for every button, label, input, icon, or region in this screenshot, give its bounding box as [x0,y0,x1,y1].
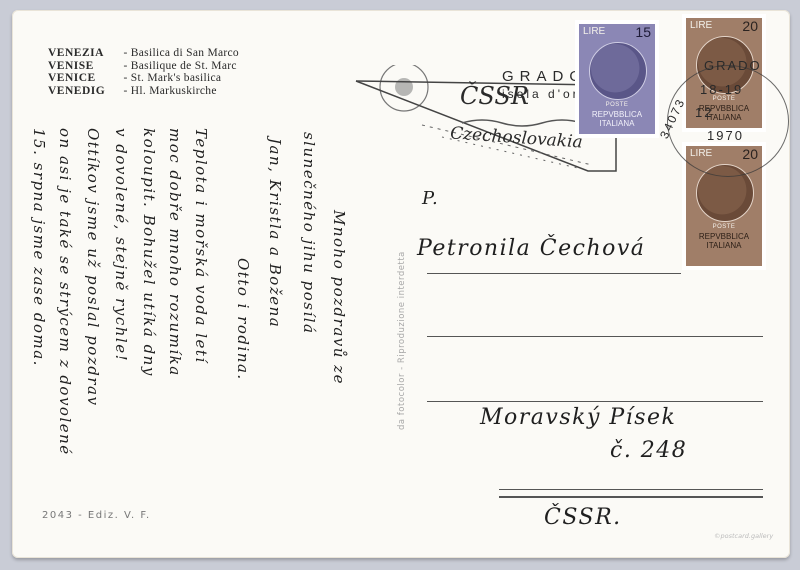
photo-credit: da fotocolor - Riproduzione interdetta [397,251,407,430]
stamp-country: REPVBBLICAITALIANA [579,110,655,128]
message-line: slunečného jihu posílá [300,132,318,335]
address-prefix: P. [422,188,439,209]
stamp-15-lire: LIRE 15 POSTE REPVBBLICAITALIANA [575,20,659,138]
italia-turrita-portrait-icon [589,42,647,100]
watermark: ©postcard.gallery [714,532,773,540]
caption-row: VENICE - St. Mark's basilica [48,72,239,85]
caption-block: VENEZIA - Basilica di San Marco VENISE -… [48,47,239,97]
caption-row: VENEDIG - Hl. Markuskirche [48,85,239,98]
message-line: on asi je také se strýcem z dovolené [56,128,74,456]
edition-number: 2043 - Ediz. V. F. [42,510,151,521]
caption-row: VENISE - Basilique de St. Marc [48,60,239,73]
message-line: moc dobře mnoho rozumíka [166,128,184,377]
caption-desc: - Hl. Markuskirche [124,85,217,97]
message-line: Teplota i mořská voda letí [192,128,210,364]
postmark-day: 12 [695,105,713,120]
message-line: Ottíkov jsme už poslal pozdrav [84,128,102,406]
stamp-poste: POSTE [686,224,762,230]
postmark-time: 18-19 [700,82,743,97]
caption-city: VENICE [48,73,120,85]
caption-desc: - Basilica di San Marco [124,47,239,59]
cancellation-overwrite: ČSSR [460,82,529,110]
message-line: Jan, Kristla a Božena [266,138,284,328]
message-line: Mnoho pozdravů ze [330,210,348,385]
message-line: 15. srpna jsme zase doma. [30,128,48,367]
stamp-currency: LIRE [583,26,605,37]
caption-city: VENEDIG [48,86,120,98]
recipient-name: Petronila Čechová [417,236,645,261]
caption-desc: - St. Mark's basilica [124,72,222,84]
message-line: Otto i rodina. [234,258,252,381]
address-line [499,489,763,490]
recipient-house-number: č. 248 [610,438,687,463]
caption-desc: - Basilique de St. Marc [124,60,237,72]
stamp-value: 20 [742,18,758,34]
stamp-country-line: REPVBBLICA [699,232,749,241]
address-line [427,336,763,337]
postcard-back: VENEZIA - Basilica di San Marco VENISE -… [12,10,790,558]
address-line [499,496,763,498]
address-line [427,273,681,274]
stamp-poste: POSTE [579,102,655,108]
stamp-country-line: ITALIANA [600,119,635,128]
stamp-currency: LIRE [690,20,712,31]
postmark-town: GRADO [704,58,762,73]
caption-city: VENISE [48,61,120,73]
stamp-country-line: REPVBBLICA [592,110,642,119]
recipient-street: Moravský Písek [480,405,676,430]
caption-city: VENEZIA [48,48,120,60]
stamp-country: REPVBBLICAITALIANA [686,232,762,250]
recipient-country: ČSSR. [544,505,622,530]
message-line: v dovolené, stejně rychle! [112,128,130,362]
address-line [427,401,763,402]
postmark-year: 1970 [707,128,744,143]
message-line: koloupit. Bohužel utíká dny [140,128,158,377]
stamp-country-line: ITALIANA [707,241,742,250]
stamp-value: 15 [635,24,651,40]
caption-row: VENEZIA - Basilica di San Marco [48,47,239,60]
